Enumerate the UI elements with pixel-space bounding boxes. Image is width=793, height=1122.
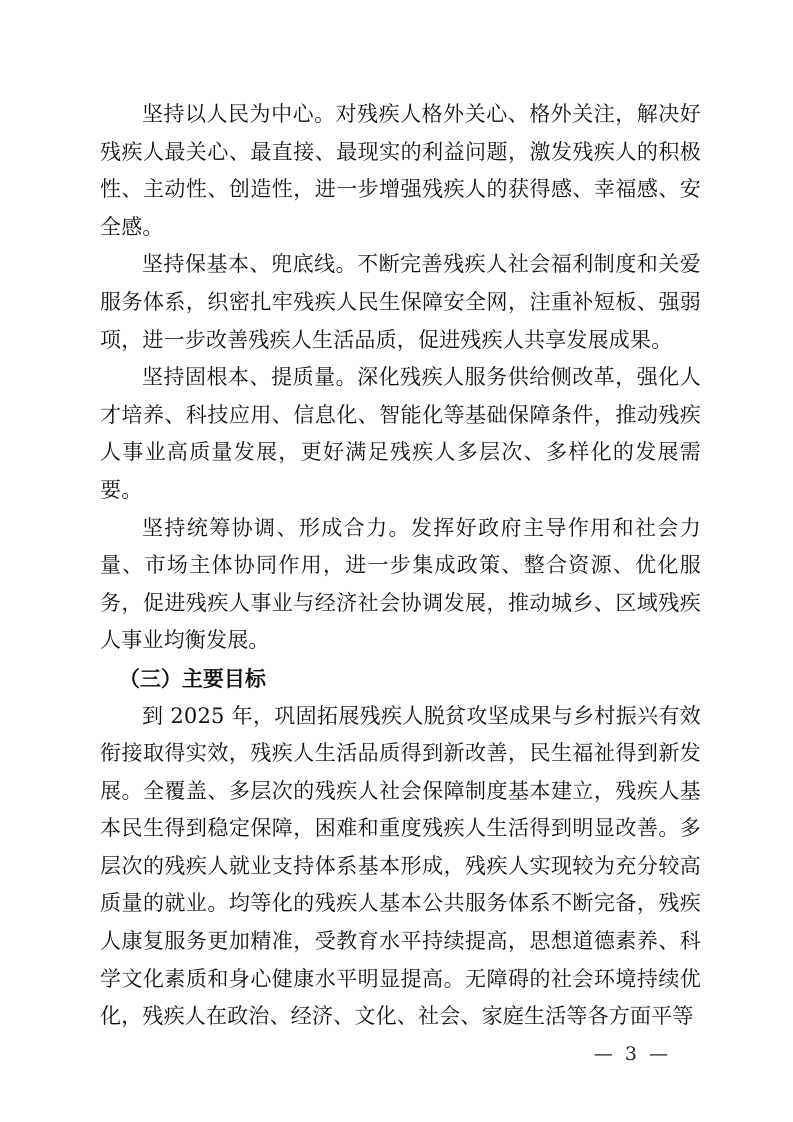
paragraph-people-centered: 坚持以人民为中心。对残疾人格外关心、格外关注，解决好残疾人最关心、最直接、最现实… [100, 96, 701, 246]
paragraph-coordination: 坚持统筹协调、形成合力。发挥好政府主导作用和社会力量、市场主体协同作用，进一步集… [100, 510, 701, 660]
document-page: 坚持以人民为中心。对残疾人格外关心、格外关注，解决好残疾人最关心、最直接、最现实… [0, 0, 793, 1122]
document-body: 坚持以人民为中心。对残疾人格外关心、格外关注，解决好残疾人最关心、最直接、最现实… [100, 96, 701, 1036]
paragraph-quality-improvement: 坚持固根本、提质量。深化残疾人服务供给侧改革，强化人才培养、科技应用、信息化、智… [100, 359, 701, 509]
paragraph-2025-goals: 到 2025 年，巩固拓展残疾人脱贫攻坚成果与乡村振兴有效衔接取得实效，残疾人生… [100, 698, 701, 1036]
page-number: — 3 — [594, 1043, 671, 1065]
paragraph-basic-guarantee: 坚持保基本、兜底线。不断完善残疾人社会福利制度和关爱服务体系，织密扎牢残疾人民生… [100, 246, 701, 359]
section-heading-main-goals: （三）主要目标 [100, 660, 701, 698]
